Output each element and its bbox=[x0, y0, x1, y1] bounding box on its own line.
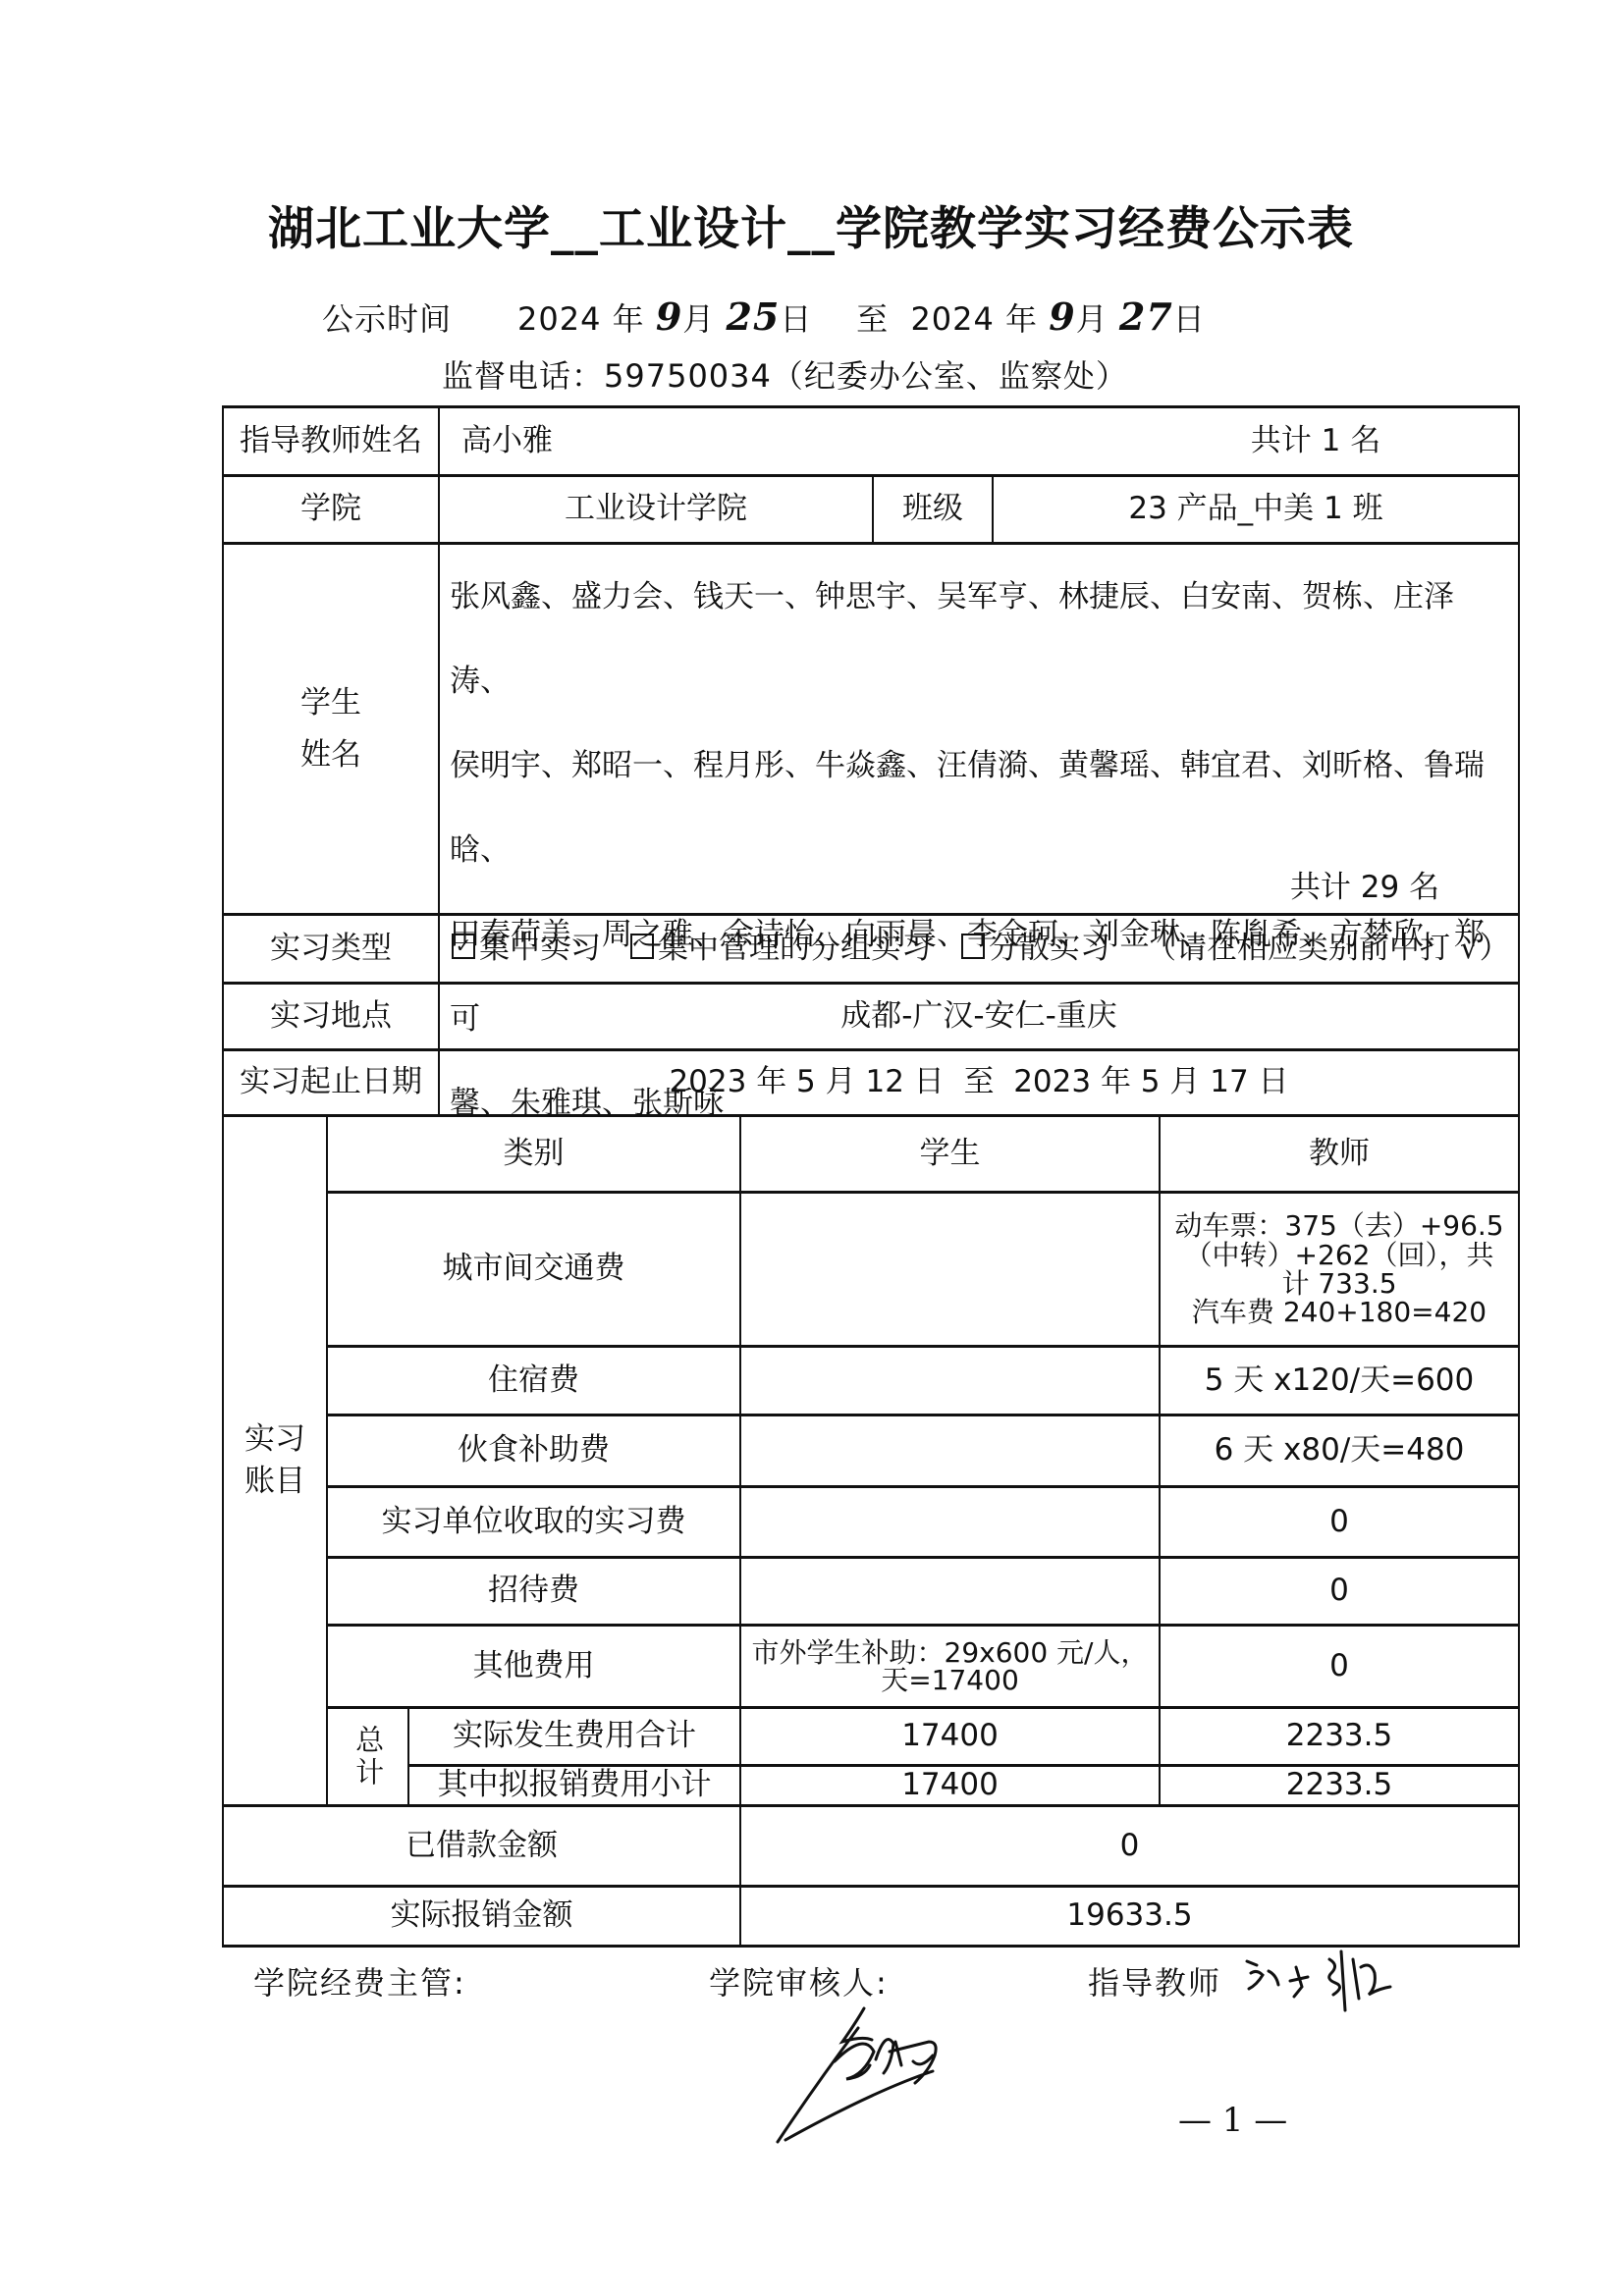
publish-time: 公示时间 2024 年 9月 25日 至 2024 年 9月 27日 bbox=[322, 294, 1206, 340]
handwritten-end-day: 27 bbox=[1119, 294, 1173, 339]
teacher-intercity-transport: 动车票：375（去）+96.5 （中转）+262（回），共 计 733.5 汽车… bbox=[1161, 1194, 1518, 1345]
publish-time-label: 公示时间 bbox=[322, 300, 452, 338]
college-value: 工业设计学院 bbox=[440, 477, 872, 542]
student-lodging bbox=[741, 1348, 1159, 1414]
header-teacher: 教师 bbox=[1161, 1117, 1518, 1191]
type-option-group[interactable]: 集中管理的分组实习 bbox=[630, 932, 932, 967]
handwritten-end-month: 9 bbox=[1049, 294, 1075, 339]
handwritten-start-month: 9 bbox=[656, 294, 682, 339]
checkbox-checked-icon[interactable]: ✓ bbox=[452, 934, 475, 959]
checkbox-empty-icon[interactable] bbox=[630, 934, 654, 959]
reimburse-value: 19633.5 bbox=[741, 1888, 1518, 1945]
student-hospitality bbox=[741, 1559, 1159, 1624]
dates-label: 实习起止日期 bbox=[224, 1051, 438, 1114]
borrowed-value: 0 bbox=[741, 1807, 1518, 1885]
total-actual-label: 实际发生费用合计 bbox=[409, 1709, 739, 1764]
reimburse-label: 实际报销金额 bbox=[224, 1888, 739, 1945]
category-meal-allowance: 伙食补助费 bbox=[328, 1416, 739, 1485]
expense-section-label: 实习 账目 bbox=[224, 1117, 326, 1804]
student-names-line: 张风鑫、盛力会、钱天一、钟思宇、吴军亨、林捷辰、白安南、贺栋、庄泽涛、 bbox=[450, 555, 1510, 723]
teacher-internship-fee: 0 bbox=[1161, 1488, 1518, 1556]
total-reimbursable-teacher: 2233.5 bbox=[1161, 1767, 1518, 1804]
category-internship-fee: 实习单位收取的实习费 bbox=[328, 1488, 739, 1556]
teacher-meal-allowance: 6 天 x80/天=480 bbox=[1161, 1416, 1518, 1485]
checkbox-empty-icon[interactable] bbox=[961, 934, 985, 959]
teacher-hospitality: 0 bbox=[1161, 1559, 1518, 1624]
teacher-lodging: 5 天 x120/天=600 bbox=[1161, 1348, 1518, 1414]
dates-value: 2023 年 5 月 12 日 至 2023 年 5 月 17 日 bbox=[440, 1051, 1518, 1114]
category-hospitality: 招待费 bbox=[328, 1559, 739, 1624]
total-reimbursable-student: 17400 bbox=[741, 1767, 1159, 1804]
table-border-right bbox=[1518, 405, 1520, 1947]
students-label: 学生 姓名 bbox=[224, 545, 438, 913]
finance-manager-label: 学院经费主管: bbox=[253, 1958, 466, 2003]
class-value: 23 产品_中美 1 班 bbox=[994, 477, 1518, 542]
category-lodging: 住宿费 bbox=[328, 1348, 739, 1414]
borrowed-label: 已借款金额 bbox=[224, 1807, 739, 1885]
location-label: 实习地点 bbox=[224, 985, 438, 1048]
category-other: 其他费用 bbox=[328, 1627, 739, 1706]
student-other: 市外学生补助：29x600 元/人， 天=17400 bbox=[741, 1627, 1159, 1706]
college-label: 学院 bbox=[224, 477, 438, 542]
instructor-label: 指导教师 bbox=[1088, 1958, 1221, 2003]
teacher-other: 0 bbox=[1161, 1627, 1518, 1706]
type-option-centralized[interactable]: ✓集中实习 bbox=[452, 932, 601, 967]
teacher-name: 高小雅 bbox=[461, 408, 952, 474]
total-reimbursable-label: 其中拟报销费用小计 bbox=[409, 1767, 739, 1804]
reviewer-label: 学院审核人: bbox=[709, 1958, 889, 2003]
student-internship-fee bbox=[741, 1488, 1159, 1556]
location-value: 成都-广汉-安仁-重庆 bbox=[440, 985, 1518, 1048]
header-student: 学生 bbox=[741, 1117, 1159, 1191]
type-label: 实习类型 bbox=[224, 916, 438, 982]
teacher-count: 共计 1 名 bbox=[1208, 408, 1424, 474]
teacher-label: 指导教师姓名 bbox=[224, 408, 438, 474]
page-number: — 1 — bbox=[1178, 2101, 1287, 2140]
header-category: 类别 bbox=[328, 1117, 739, 1191]
students-count: 共计 29 名 bbox=[1276, 864, 1453, 913]
type-option-dispersed[interactable]: 分散实习 bbox=[961, 932, 1110, 967]
category-intercity-transport: 城市间交通费 bbox=[328, 1194, 739, 1345]
total-actual-teacher: 2233.5 bbox=[1161, 1709, 1518, 1764]
student-meal-allowance bbox=[741, 1416, 1159, 1485]
document-title: 湖北工业大学__工业设计__学院教学实习经费公示表 bbox=[0, 192, 1622, 258]
class-label: 班级 bbox=[874, 477, 992, 542]
student-intercity-transport bbox=[741, 1194, 1159, 1345]
total-actual-student: 17400 bbox=[741, 1709, 1159, 1764]
type-options: ✓集中实习 集中管理的分组实习 分散实习 （请在相应类别前中打 √） bbox=[452, 916, 1512, 982]
type-note: （请在相应类别前中打 √） bbox=[1146, 932, 1510, 967]
handwritten-start-day: 25 bbox=[726, 294, 780, 339]
totals-label: 总计 bbox=[328, 1709, 407, 1804]
reviewer-signature bbox=[766, 2002, 1031, 2150]
instructor-signature bbox=[1239, 1942, 1426, 2020]
supervision-hotline: 监督电话：59750034（纪委办公室、监察处） bbox=[442, 351, 1128, 397]
